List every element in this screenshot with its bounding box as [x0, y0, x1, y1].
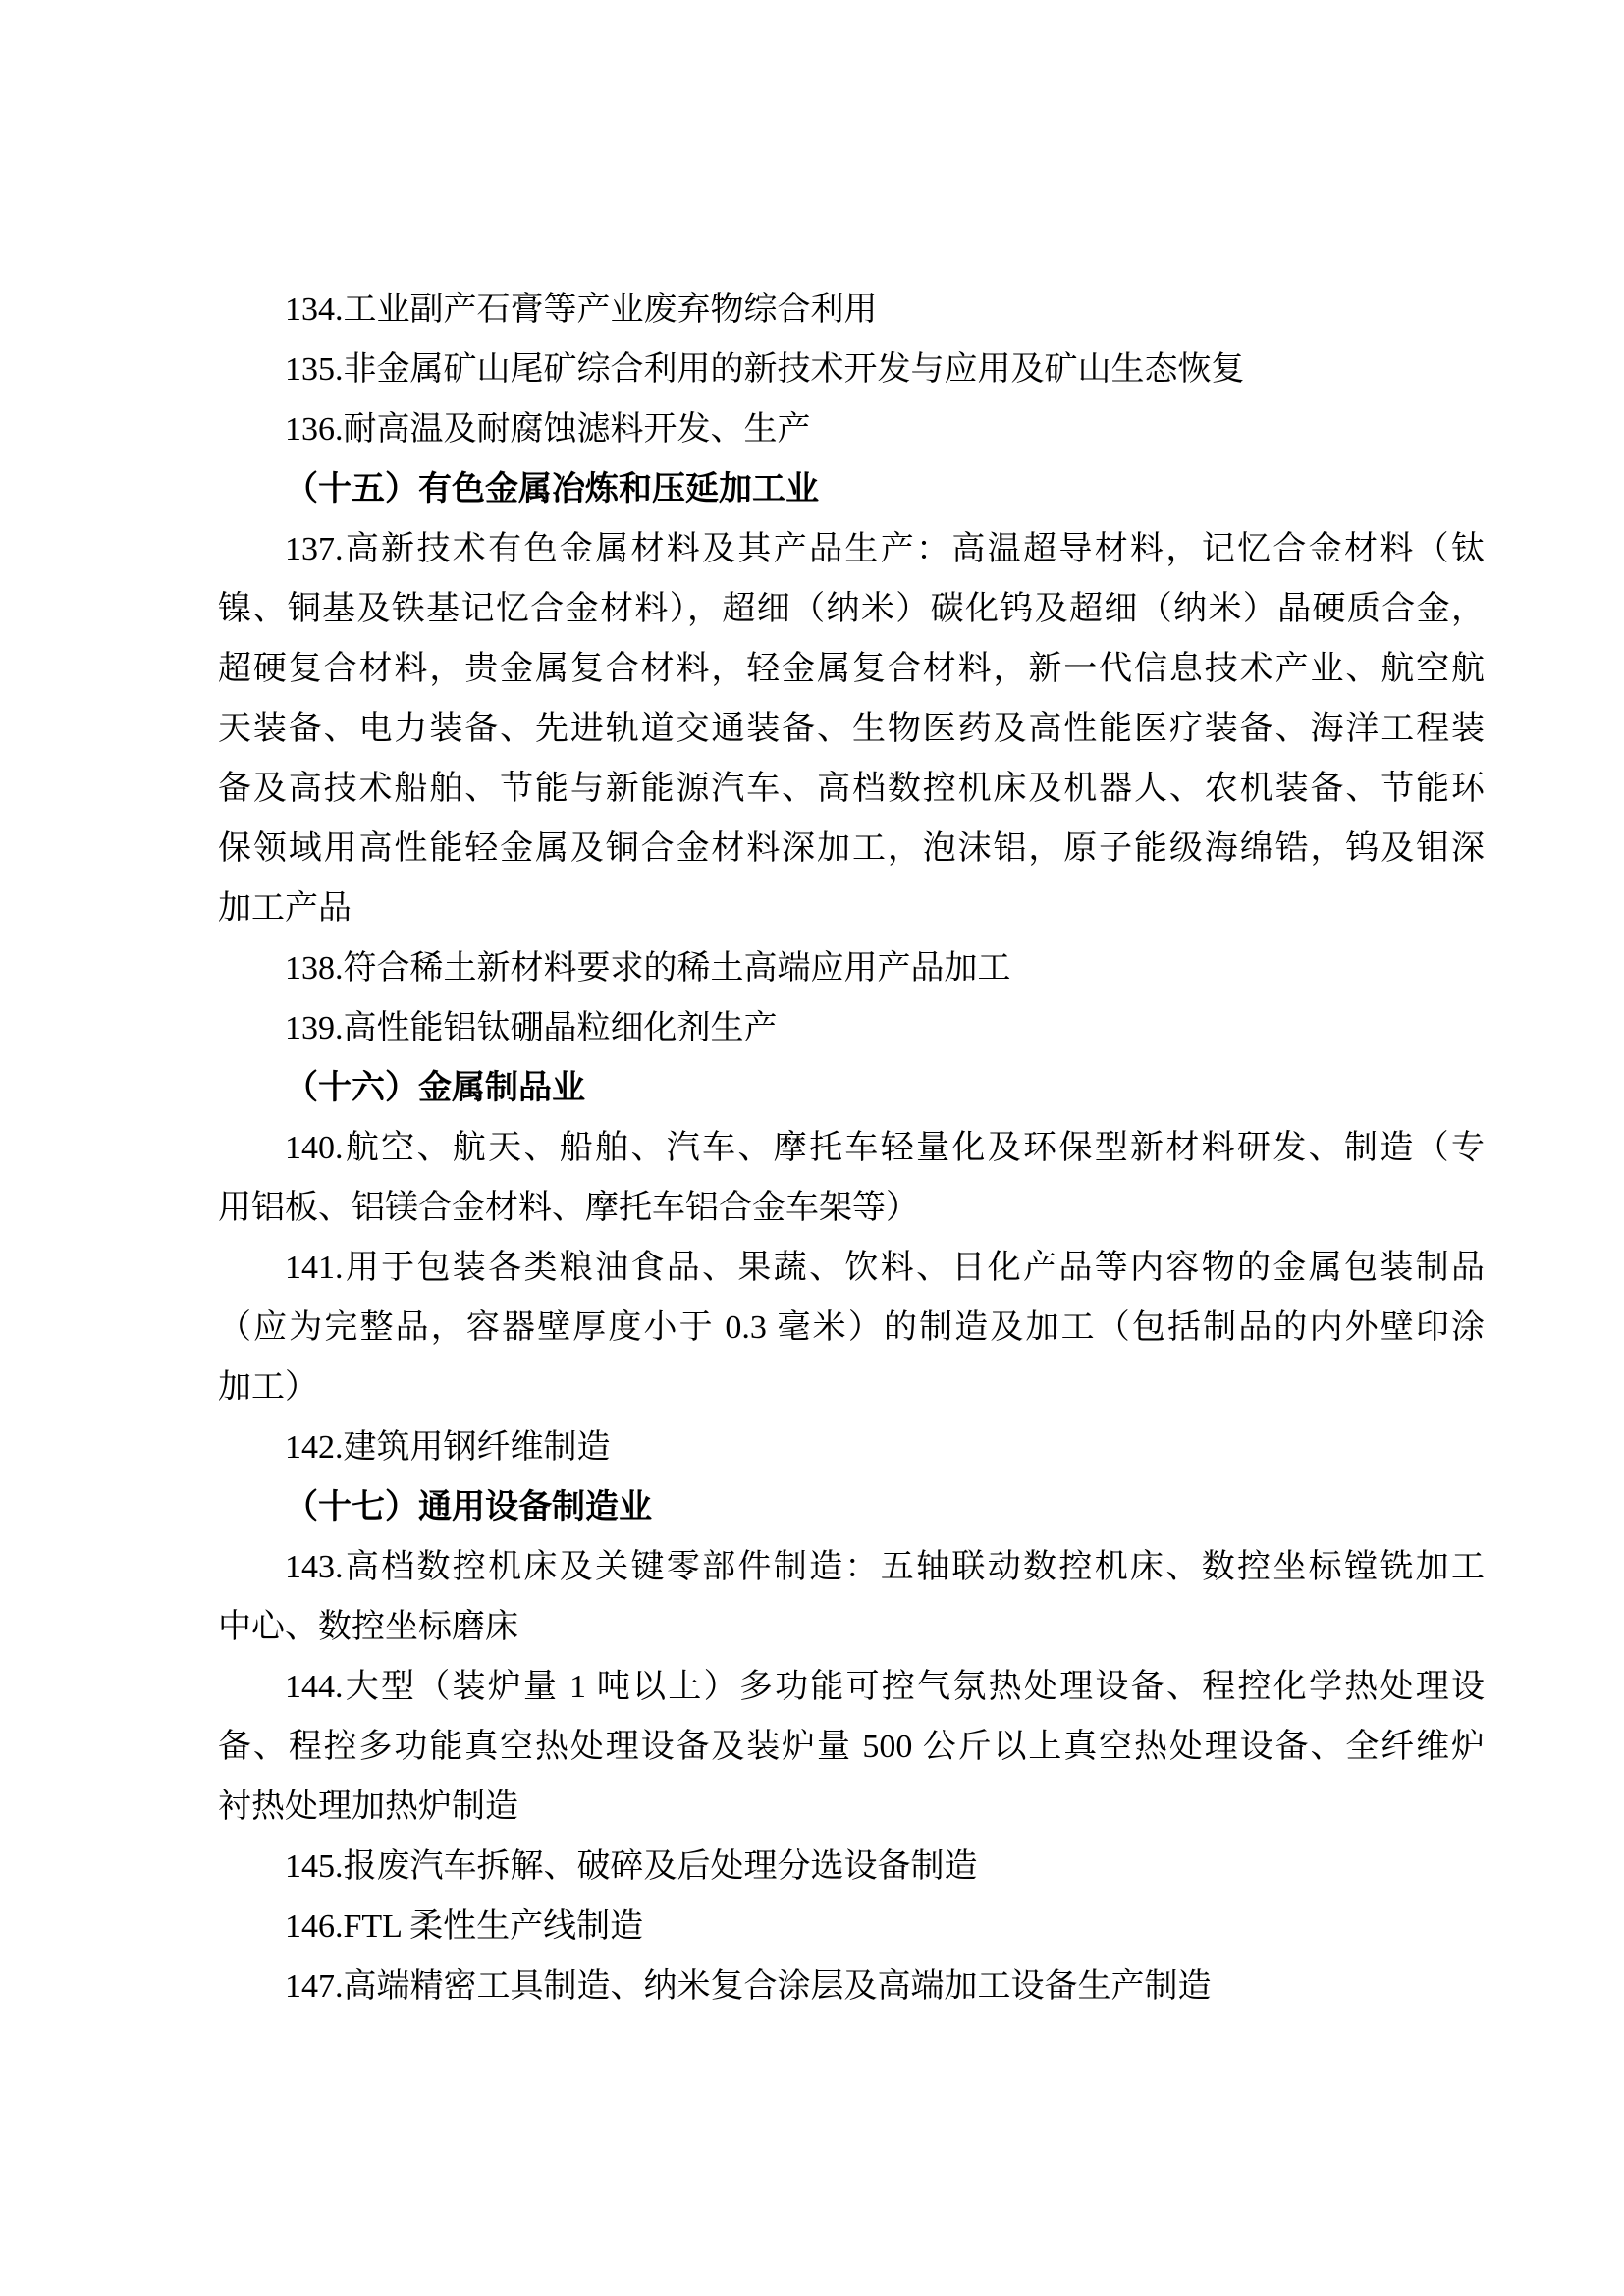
- item-144-line-3: 衬热处理加热炉制造: [218, 1777, 1485, 1837]
- item-135: 135.非金属矿山尾矿综合利用的新技术开发与应用及矿山生态恢复: [218, 340, 1485, 400]
- item-137-line-6: 保领域用高性能轻金属及铜合金材料深加工，泡沫铝，原子能级海绵锆，钨及钼深: [218, 819, 1485, 879]
- section-heading-17: （十七）通用设备制造业: [218, 1477, 1485, 1537]
- item-140-line-2: 用铝板、铝镁合金材料、摩托车铝合金车架等）: [218, 1178, 1485, 1238]
- item-137-line-1: 137.高新技术有色金属材料及其产品生产：高温超导材料，记忆合金材料（钛: [218, 519, 1485, 579]
- item-137-line-4: 天装备、电力装备、先进轨道交通装备、生物医药及高性能医疗装备、海洋工程装: [218, 699, 1485, 759]
- item-144-line-2: 备、程控多功能真空热处理设备及装炉量 500 公斤以上真空热处理设备、全纤维炉: [218, 1717, 1485, 1777]
- item-146: 146.FTL 柔性生产线制造: [218, 1896, 1485, 1956]
- item-143-line-2: 中心、数控坐标磨床: [218, 1597, 1485, 1657]
- item-137-line-5: 备及高技术船舶、节能与新能源汽车、高档数控机床及机器人、农机装备、节能环: [218, 759, 1485, 819]
- item-141-line-3: 加工）: [218, 1358, 1485, 1417]
- item-144-line-1: 144.大型（装炉量 1 吨以上）多功能可控气氛热处理设备、程控化学热处理设: [218, 1657, 1485, 1717]
- section-heading-15: （十五）有色金属冶炼和压延加工业: [218, 459, 1485, 519]
- document-page: 134.工业副产石膏等产业废弃物综合利用 135.非金属矿山尾矿综合利用的新技术…: [0, 0, 1624, 2296]
- item-140-line-1: 140.航空、航天、船舶、汽车、摩托车轻量化及环保型新材料研发、制造（专: [218, 1118, 1485, 1178]
- item-145: 145.报废汽车拆解、破碎及后处理分选设备制造: [218, 1837, 1485, 1896]
- item-134: 134.工业副产石膏等产业废弃物综合利用: [218, 280, 1485, 340]
- item-137-line-3: 超硬复合材料，贵金属复合材料，轻金属复合材料，新一代信息技术产业、航空航: [218, 639, 1485, 699]
- item-143-line-1: 143.高档数控机床及关键零部件制造：五轴联动数控机床、数控坐标镗铣加工: [218, 1537, 1485, 1597]
- item-142: 142.建筑用钢纤维制造: [218, 1417, 1485, 1477]
- section-heading-16: （十六）金属制品业: [218, 1058, 1485, 1118]
- item-147: 147.高端精密工具制造、纳米复合涂层及高端加工设备生产制造: [218, 1956, 1485, 2016]
- document-body: 134.工业副产石膏等产业废弃物综合利用 135.非金属矿山尾矿综合利用的新技术…: [218, 280, 1485, 2016]
- item-139: 139.高性能铝钛硼晶粒细化剂生产: [218, 998, 1485, 1058]
- item-141-line-2: （应为完整品，容器壁厚度小于 0.3 毫米）的制造及加工（包括制品的内外壁印涂: [218, 1298, 1485, 1358]
- item-138: 138.符合稀土新材料要求的稀土高端应用产品加工: [218, 938, 1485, 998]
- item-141-line-1: 141.用于包装各类粮油食品、果蔬、饮料、日化产品等内容物的金属包装制品: [218, 1238, 1485, 1298]
- item-137-line-2: 镍、铜基及铁基记忆合金材料），超细（纳米）碳化钨及超细（纳米）晶硬质合金，: [218, 579, 1485, 639]
- item-137-line-7: 加工产品: [218, 879, 1485, 938]
- item-136: 136.耐高温及耐腐蚀滤料开发、生产: [218, 400, 1485, 459]
